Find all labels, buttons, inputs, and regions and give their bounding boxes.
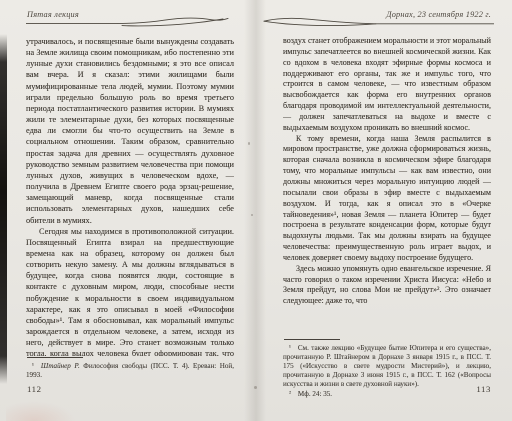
footnote: ¹См. также лекцию «Будущее бытие Юпитера… bbox=[283, 343, 491, 389]
footnote-author: Штайнер Р. bbox=[41, 362, 80, 370]
paragraph: утрачивалось, и посвященные были вынужде… bbox=[26, 36, 234, 226]
paragraph: К тому времени, когда наша Земля распыли… bbox=[283, 134, 491, 264]
scan-smudge bbox=[6, 401, 76, 421]
footnote-marker: ² bbox=[289, 390, 291, 397]
scan-speck bbox=[254, 386, 257, 389]
scan-speck bbox=[248, 142, 250, 145]
footnote: ¹Штайнер Р. Философия свободы (ПСС. Т. 4… bbox=[26, 361, 234, 380]
scan-speck bbox=[251, 214, 253, 216]
footnote-marker: ¹ bbox=[289, 344, 291, 351]
footnote-text: См. также лекцию «Будущее бытие Юпитера … bbox=[283, 344, 491, 388]
right-page-footnotes: ¹См. также лекцию «Будущее бытие Юпитера… bbox=[283, 343, 491, 400]
paragraph: Здесь можно упомянуть одно евангельское … bbox=[283, 264, 491, 307]
page-gutter-shadow bbox=[244, 0, 266, 421]
footnote-rule-right bbox=[284, 339, 340, 340]
footnote-rule-left bbox=[27, 357, 83, 358]
book-edge-strip bbox=[0, 34, 7, 384]
left-page-footnotes: ¹Штайнер Р. Философия свободы (ПСС. Т. 4… bbox=[26, 361, 234, 380]
header-flourish-left bbox=[26, 15, 238, 27]
footnote-text: Мф. 24: 35. bbox=[298, 390, 332, 398]
page-number-left: 112 bbox=[27, 384, 42, 394]
footnote: ²Мф. 24: 35. bbox=[283, 389, 491, 399]
running-head-right: Дорнах, 23 сентября 1922 г. bbox=[386, 10, 491, 19]
page-number-right: 113 bbox=[476, 384, 491, 394]
right-page-body: воздух станет отображением моральности и… bbox=[283, 36, 491, 338]
footnote-marker: ¹ bbox=[32, 362, 34, 369]
paragraph: Сегодня мы находимся в противоположной с… bbox=[26, 226, 234, 356]
paragraph: воздух станет отображением моральности и… bbox=[283, 36, 491, 134]
left-page-body: утрачивалось, и посвященные были вынужде… bbox=[26, 36, 234, 356]
